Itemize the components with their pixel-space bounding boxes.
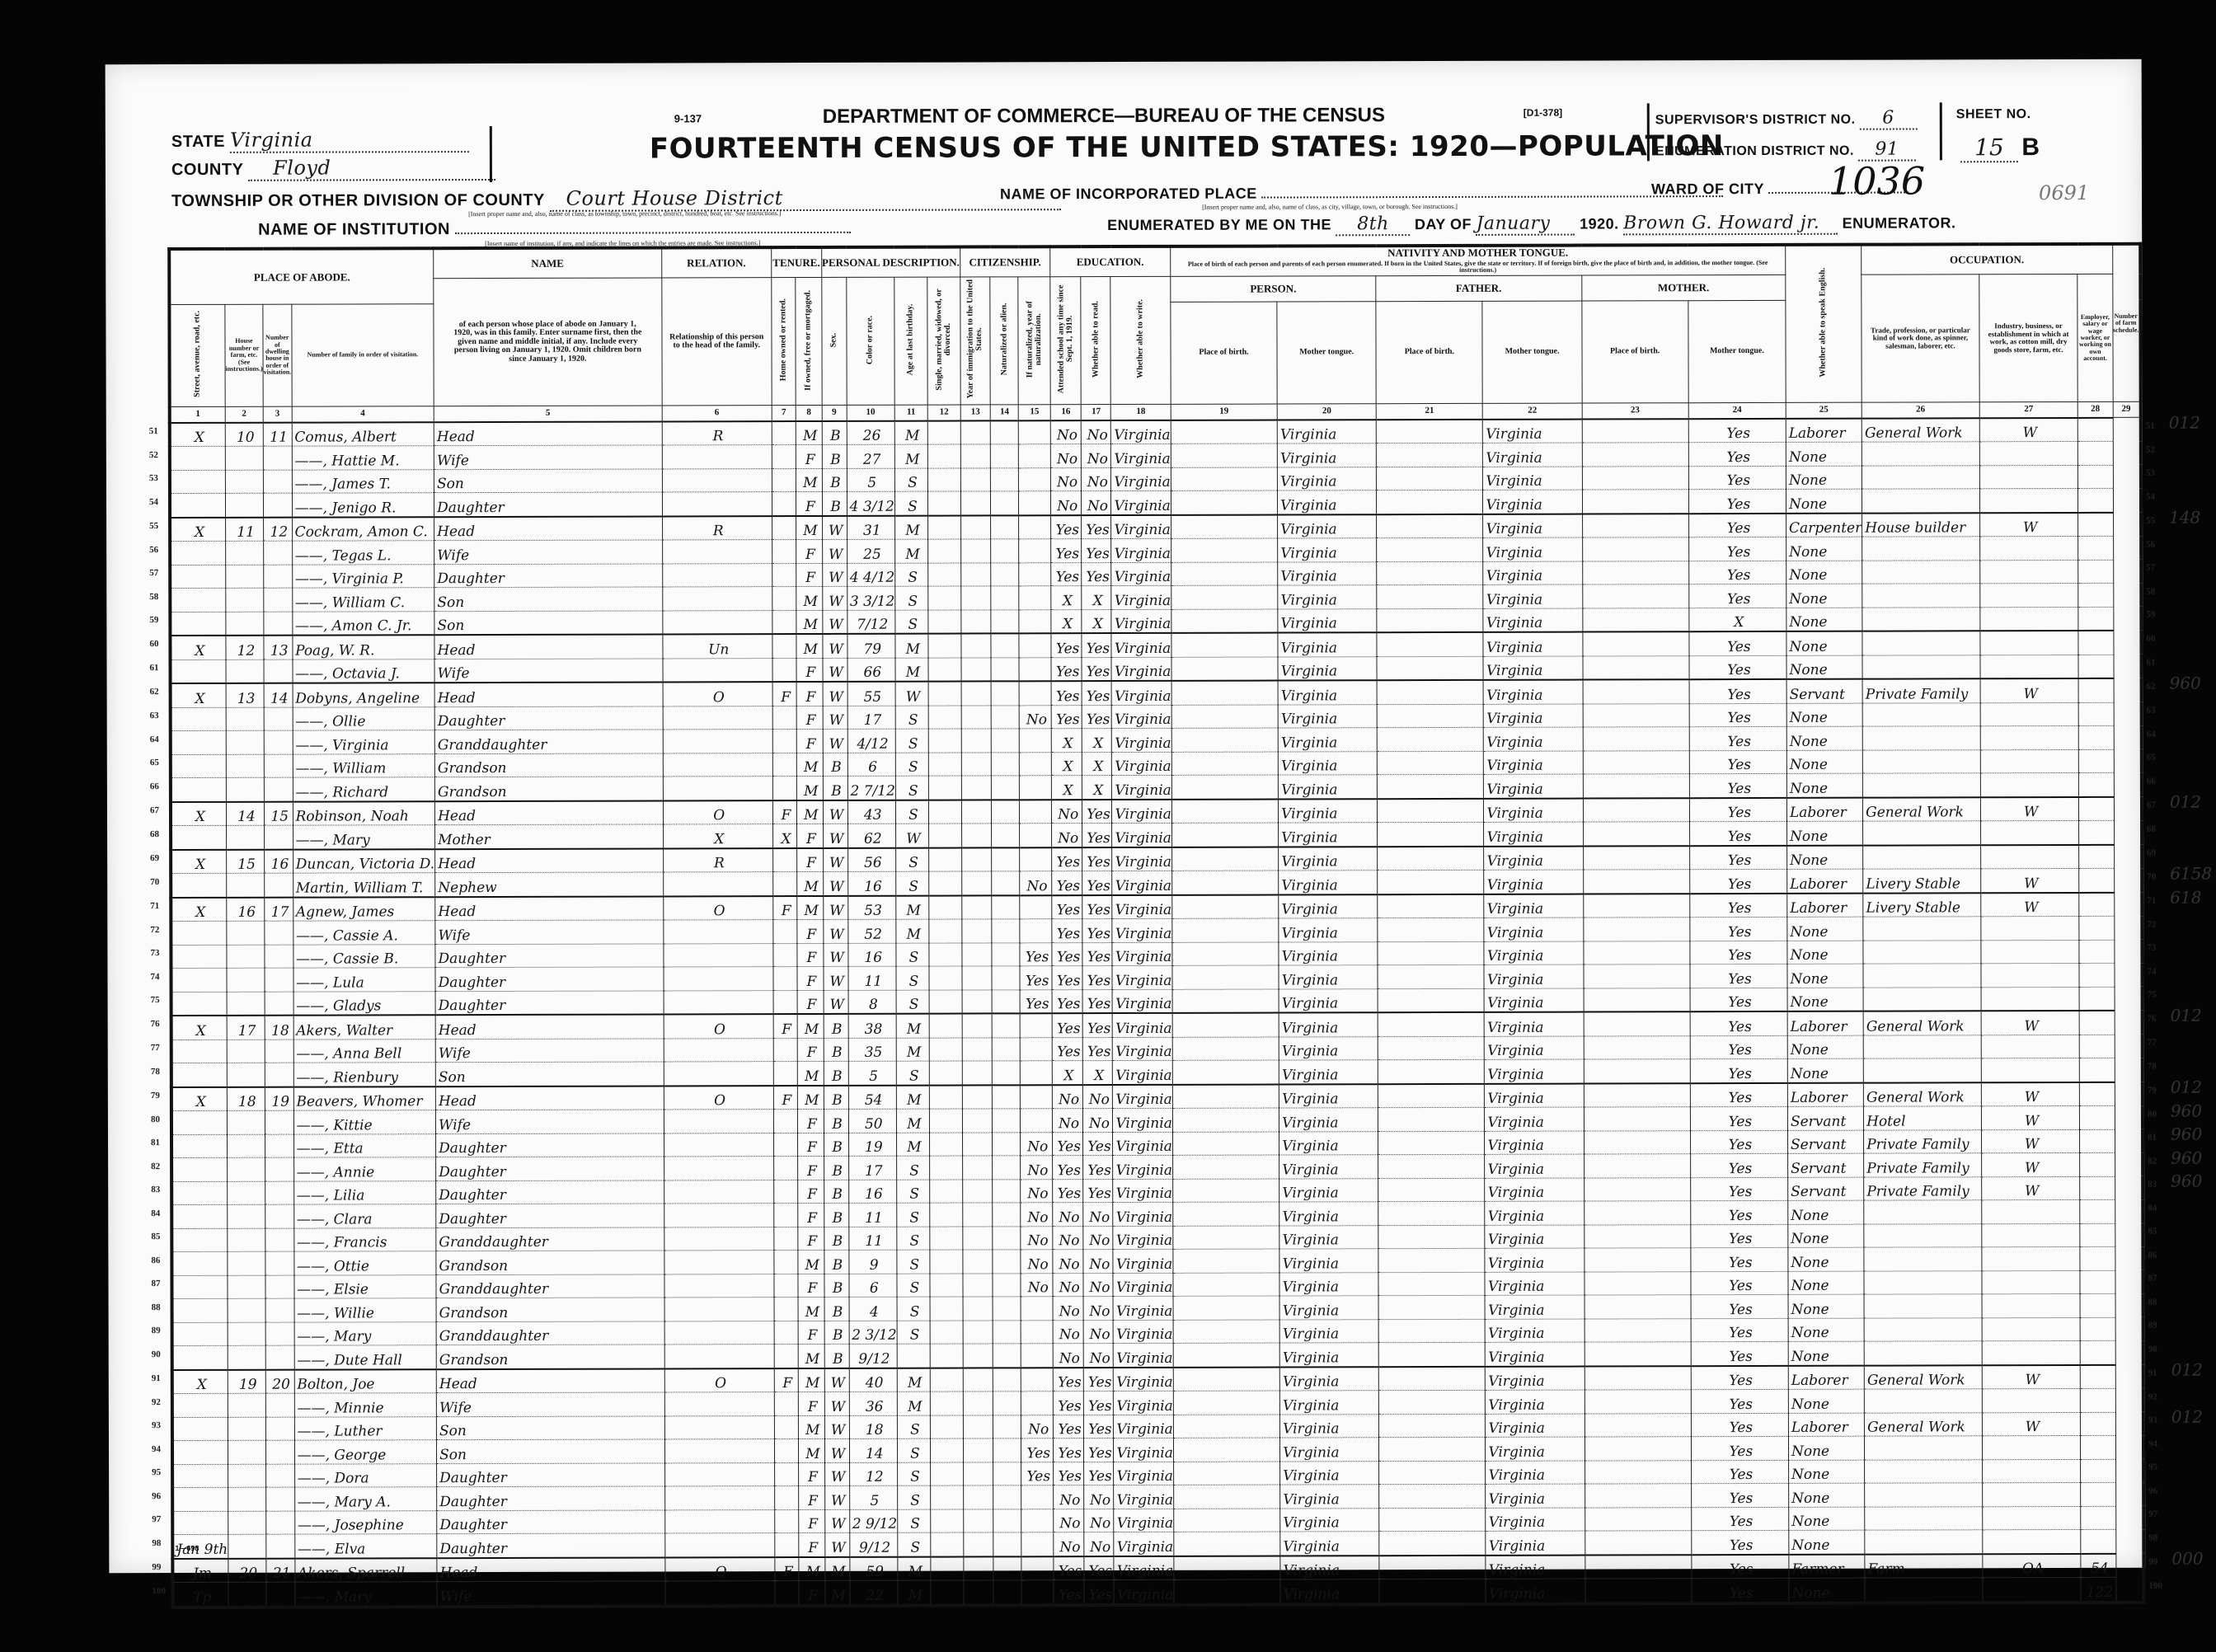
cell-trade: None	[1788, 1318, 1864, 1342]
cell-name: ——, Josephine	[294, 1511, 437, 1535]
cell-read: Yes	[1053, 1180, 1083, 1204]
cell-street	[170, 447, 225, 471]
cell-fpob: Virginia	[1278, 490, 1377, 514]
cell-age: 6	[849, 1274, 897, 1298]
cell-age: 52	[847, 920, 895, 944]
cell-nat	[964, 1556, 993, 1580]
cell-mtongue	[1584, 1012, 1690, 1036]
cell-class	[1981, 1058, 2080, 1082]
cell-family: 15	[264, 802, 293, 826]
cell-mpob: Virginia	[1484, 774, 1583, 798]
cell-trade: None	[1788, 1248, 1864, 1272]
cell-street	[171, 1134, 227, 1158]
cell-ptongue	[1173, 1367, 1279, 1391]
cell-name: ——, Elsie	[294, 1275, 437, 1299]
cell-owned	[664, 1510, 774, 1534]
cell-trade: None	[1786, 537, 1862, 561]
cell-mtongue	[1584, 1248, 1690, 1272]
state-value: Virginia	[230, 128, 469, 153]
cell-industry: General Work	[1865, 1413, 1983, 1437]
institution-value	[455, 232, 851, 234]
cell-school	[1019, 468, 1051, 492]
cell-trade: None	[1787, 1059, 1863, 1083]
cell-trade: None	[1787, 941, 1863, 964]
group-education: EDUCATION.	[1050, 246, 1171, 277]
line-number: 84	[151, 1208, 160, 1218]
cell-pob: Virginia	[1114, 1580, 1173, 1605]
cell-english: Yes	[1690, 1059, 1787, 1083]
line-number: 65	[150, 758, 159, 767]
supervisor-label: SUPERVISOR'S DISTRICT NO.	[1655, 113, 1856, 128]
cell-ptongue	[1171, 823, 1278, 847]
cell-name: ——, Virginia	[293, 730, 435, 754]
cell-mpob: Virginia	[1484, 751, 1583, 775]
cell-owned: R	[663, 848, 772, 872]
cell-ptongue	[1173, 1226, 1279, 1250]
cell-class: W	[1980, 893, 2079, 917]
cell-industry	[1865, 1578, 1983, 1603]
cell-school	[1021, 1344, 1054, 1368]
cell-natyr	[991, 658, 1019, 682]
cell-farm	[2080, 1223, 2115, 1247]
cell-nat	[961, 706, 991, 730]
cell-pob: Virginia	[1111, 467, 1171, 491]
cell-age: 5	[848, 1062, 896, 1086]
cell-read: No	[1050, 444, 1081, 468]
cell-age: 19	[848, 1133, 896, 1157]
occupation-code: 148	[2169, 508, 2200, 528]
cell-ptongue	[1171, 538, 1277, 562]
cell-marital: M	[896, 920, 929, 944]
cell-age: 25	[847, 540, 894, 564]
cell-sex: M	[797, 872, 824, 896]
line-number: 87	[151, 1279, 160, 1288]
cell-age: 66	[847, 658, 895, 682]
cell-relation: Head	[436, 1368, 664, 1393]
col-23-header: Place of birth.	[1581, 301, 1688, 403]
cell-owned	[664, 1251, 774, 1274]
cell-age: 6	[847, 753, 895, 777]
cell-house	[228, 1394, 265, 1418]
cell-fpob: Virginia	[1279, 1060, 1378, 1084]
cell-read: No	[1052, 1109, 1082, 1133]
line-number: 73	[2147, 943, 2156, 953]
cell-ptongue	[1173, 1273, 1279, 1297]
line-number: 60	[2146, 634, 2155, 644]
cell-school	[1019, 658, 1051, 682]
cell-house	[226, 826, 264, 850]
cell-marital: S	[898, 1462, 931, 1486]
cell-house	[227, 1111, 265, 1135]
cell-english: Yes	[1689, 798, 1786, 822]
cell-school	[1021, 1297, 1053, 1321]
cell-name: ——, William C.	[292, 588, 434, 612]
cell-marital: S	[897, 1439, 930, 1463]
cell-english: Yes	[1690, 964, 1787, 988]
cell-fpob: Virginia	[1279, 1084, 1378, 1108]
cell-mtongue	[1584, 1178, 1690, 1202]
cell-ptongue	[1171, 728, 1278, 752]
cell-relation: Head	[435, 800, 664, 825]
cell-class: W	[1982, 1365, 2081, 1389]
cell-english: Yes	[1688, 490, 1786, 514]
cell-trade: Servant	[1786, 679, 1862, 703]
cell-marital: S	[895, 777, 928, 800]
col-9-header: Sex.	[821, 278, 846, 406]
cell-english: Yes	[1692, 1555, 1789, 1579]
cell-nat	[964, 1509, 993, 1533]
cell-farm	[2078, 655, 2113, 678]
cell-street	[171, 1205, 227, 1229]
cell-fpob: Virginia	[1279, 871, 1378, 894]
cell-industry: Private Family	[1864, 1130, 1982, 1154]
cell-pob: Virginia	[1113, 1297, 1172, 1321]
cell-trade: Laborer	[1787, 870, 1863, 894]
cell-school	[1021, 1085, 1053, 1109]
cell-owned	[664, 1345, 774, 1368]
cell-owned	[664, 1439, 774, 1463]
cell-street	[172, 1417, 228, 1441]
cell-ftongue	[1379, 1414, 1486, 1438]
cell-imm	[930, 1321, 963, 1345]
cell-ftongue	[1378, 1296, 1485, 1320]
cell-mpob: Virginia	[1483, 632, 1582, 656]
cell-owned	[663, 872, 772, 896]
cell-relation: Wife	[436, 1392, 664, 1416]
line-number: 52	[2146, 445, 2155, 455]
group-person: PERSON.	[1171, 276, 1376, 302]
cell-sex: F	[797, 990, 824, 1014]
cell-english: Yes	[1690, 988, 1787, 1011]
cell-school	[1019, 634, 1051, 658]
cell-farm	[2080, 1082, 2115, 1106]
cell-mort	[772, 753, 796, 777]
supervisor-value: 6	[1859, 107, 1917, 129]
cell-imm	[931, 1556, 964, 1580]
enumerated-day: 8th	[1336, 214, 1410, 236]
cell-owned	[664, 1298, 774, 1321]
cell-pob: Virginia	[1114, 1462, 1173, 1485]
cell-house	[228, 1322, 265, 1346]
township-field: TOWNSHIP OR OTHER DIVISION OF COUNTY Cou…	[171, 185, 1061, 213]
cell-family	[264, 589, 293, 612]
line-number: 77	[2148, 1038, 2157, 1048]
cell-street	[171, 1252, 227, 1276]
cell-age: 55	[847, 682, 895, 706]
cell-race: B	[824, 1251, 849, 1274]
cell-nat	[961, 563, 991, 587]
cell-mpob: Virginia	[1485, 1178, 1584, 1202]
cell-marital: M	[896, 1038, 929, 1062]
cell-name: Agnew, James	[293, 897, 435, 921]
cell-age: 5	[847, 468, 894, 492]
cell-mtongue	[1582, 490, 1688, 514]
cell-race: M	[824, 1557, 849, 1581]
cell-class: OA	[1983, 1554, 2082, 1578]
cell-class: W	[1981, 1082, 2080, 1106]
cell-industry	[1862, 608, 1980, 631]
cell-family	[266, 1464, 295, 1488]
cell-farm	[2080, 1247, 2115, 1271]
cell-sex: F	[798, 1392, 824, 1416]
cell-ftongue	[1378, 941, 1484, 965]
cell-nat	[962, 990, 992, 1014]
cell-imm	[929, 1109, 962, 1133]
cell-family	[265, 1346, 294, 1370]
cell-imm	[929, 1014, 962, 1038]
cell-farm	[2080, 1153, 2115, 1177]
col-12-header: Single, married, widowed, or divorced.	[927, 277, 960, 405]
col-2-header: House number or farm, etc. (See instruct…	[225, 304, 263, 406]
cell-name: Dobyns, Angeline	[293, 683, 435, 707]
cell-fpob: Virginia	[1279, 965, 1378, 989]
cell-read: No	[1053, 1250, 1083, 1274]
cell-house	[226, 565, 264, 589]
line-number: 64	[2147, 730, 2156, 739]
cell-owned: O	[663, 800, 772, 824]
cell-school	[1020, 776, 1052, 800]
cell-mtongue	[1585, 1555, 1691, 1579]
cell-natyr	[993, 1580, 1021, 1605]
cell-english: Yes	[1690, 1177, 1787, 1201]
cell-write: No	[1083, 1085, 1113, 1109]
cell-pob: Virginia	[1111, 586, 1171, 610]
cell-write: No	[1083, 1226, 1113, 1250]
cell-owned	[664, 1416, 774, 1440]
cell-school: Yes	[1021, 1462, 1054, 1486]
cell-school	[1020, 895, 1052, 919]
cell-sex: F	[797, 848, 824, 872]
cell-name: ——, Amon C. Jr.	[292, 612, 434, 636]
cell-relation: Head	[435, 896, 664, 921]
cell-imm	[929, 871, 962, 895]
cell-mpob: Virginia	[1483, 561, 1582, 585]
cell-read: Yes	[1053, 1415, 1083, 1439]
cell-fpob: Virginia	[1279, 1013, 1378, 1037]
line-number: 92	[2148, 1392, 2157, 1402]
cell-nat	[960, 444, 990, 468]
cell-marital: S	[897, 1227, 930, 1251]
cell-class	[1981, 987, 2080, 1011]
cell-relation: Wife	[435, 920, 664, 944]
cell-farm	[2080, 1270, 2115, 1294]
cell-write: Yes	[1082, 966, 1112, 990]
cell-relation: Son	[436, 1416, 664, 1440]
cell-write: Yes	[1084, 1438, 1114, 1462]
cell-ptongue	[1171, 490, 1277, 514]
cell-mtongue	[1583, 798, 1689, 822]
cell-mtongue	[1584, 988, 1690, 1012]
cell-marital: M	[895, 634, 928, 658]
cell-nat	[961, 800, 991, 824]
cell-school	[1021, 1509, 1054, 1533]
cell-english: Yes	[1688, 514, 1786, 537]
cell-family	[265, 1417, 294, 1441]
cell-owned: X	[663, 824, 772, 848]
cell-farm	[2078, 631, 2113, 655]
cell-school	[1021, 1368, 1054, 1392]
cell-english: Yes	[1689, 870, 1786, 894]
column-number: 1	[170, 406, 225, 423]
cell-street	[172, 1441, 228, 1465]
cell-fpob: Virginia	[1278, 514, 1377, 538]
cell-natyr	[990, 444, 1018, 468]
cell-sex: F	[796, 706, 823, 730]
cell-family	[265, 874, 293, 898]
cell-age: 16	[848, 1180, 896, 1204]
cell-mpob: Virginia	[1483, 608, 1582, 632]
cell-read: Yes	[1052, 871, 1082, 895]
cell-industry	[1864, 1389, 1982, 1413]
cell-name: ——, Jenigo R.	[292, 493, 434, 517]
cell-name: ——, Mary	[293, 825, 435, 849]
cell-mtongue	[1585, 1295, 1691, 1319]
line-number: 88	[152, 1302, 161, 1312]
cell-fpob: Virginia	[1279, 942, 1378, 966]
cell-pob: Virginia	[1111, 539, 1171, 563]
cell-read: No	[1051, 800, 1082, 824]
cell-name: ——, Francis	[293, 1228, 436, 1252]
cell-read: X	[1051, 586, 1082, 610]
cell-imm	[930, 1203, 963, 1227]
cell-fpob: Virginia	[1279, 918, 1378, 942]
cell-owned	[663, 706, 772, 730]
cell-family	[263, 470, 292, 494]
cell-mpob: Virginia	[1485, 1272, 1584, 1296]
cell-trade: None	[1786, 774, 1862, 798]
col-28-header: Employer, salary or wage worker, or work…	[2077, 275, 2112, 402]
cell-family	[265, 1394, 294, 1418]
cell-natyr	[992, 1038, 1020, 1062]
sheet-label: SHEET NO.	[1956, 107, 2031, 122]
cell-owned	[662, 587, 772, 611]
cell-owned	[664, 1321, 774, 1345]
cell-race: W	[824, 967, 848, 991]
cell-sex: F	[798, 1204, 824, 1227]
line-number: 69	[2147, 848, 2156, 858]
cell-mort	[772, 730, 796, 753]
cell-industry	[1865, 1436, 1983, 1460]
group-occupation: OCCUPATION.	[1862, 244, 2112, 275]
cell-mort	[775, 1581, 799, 1606]
cell-relation: Wife	[435, 1039, 664, 1063]
cell-house	[226, 589, 264, 612]
cell-mpob: Virginia	[1486, 1366, 1585, 1390]
cell-mtongue	[1582, 632, 1688, 656]
cell-owned	[664, 967, 773, 991]
cell-ptongue	[1172, 1013, 1279, 1037]
cell-read: Yes	[1050, 515, 1081, 539]
cell-read: Yes	[1052, 1038, 1082, 1062]
cell-age: 62	[847, 824, 895, 848]
cell-natyr	[991, 563, 1019, 587]
cell-read: X	[1051, 776, 1082, 800]
cell-mtongue	[1584, 1131, 1690, 1155]
cell-fpob: Virginia	[1280, 1438, 1379, 1462]
cell-imm	[930, 1462, 963, 1486]
cell-street: X	[170, 636, 225, 659]
column-number: 21	[1376, 403, 1482, 420]
cell-farm	[2080, 1106, 2115, 1130]
cell-sex: F	[797, 920, 824, 944]
margin-occupation-codes: 0121489600126158618012012960960960960012…	[106, 59, 2142, 64]
cell-mpob: Virginia	[1485, 1131, 1584, 1155]
col-22-header: Mother tongue.	[1482, 301, 1581, 403]
cell-fpob: Virginia	[1280, 1532, 1379, 1556]
cell-write: X	[1083, 1061, 1113, 1085]
cell-relation: Wife	[434, 445, 662, 469]
cell-read: No	[1053, 1227, 1083, 1251]
cell-class	[1981, 1200, 2080, 1224]
cell-owned	[663, 920, 772, 944]
cell-owned	[662, 564, 772, 588]
cell-street	[170, 494, 225, 518]
cell-mort	[773, 1062, 797, 1086]
line-number: 68	[150, 829, 159, 839]
column-number: 7	[772, 405, 796, 421]
cell-trade: None	[1786, 466, 1862, 490]
cell-nat	[962, 919, 992, 943]
line-number: 95	[2148, 1462, 2157, 1472]
cell-english: Yes	[1688, 443, 1786, 467]
cell-english: Yes	[1689, 679, 1786, 703]
cell-read: No	[1053, 1274, 1083, 1298]
cell-read: Yes	[1052, 847, 1082, 871]
cell-relation: Head	[435, 848, 664, 873]
cell-street	[171, 922, 226, 946]
cell-mpob: Virginia	[1486, 1484, 1585, 1508]
cell-relation: Head	[435, 1015, 664, 1040]
line-number: 81	[2148, 1133, 2157, 1143]
cell-read: No	[1053, 1203, 1083, 1227]
cell-owned	[664, 1204, 773, 1227]
cell-write: X	[1082, 586, 1111, 610]
cell-english: Yes	[1690, 1107, 1787, 1131]
cell-school	[1019, 515, 1051, 539]
cell-fpob: Virginia	[1277, 420, 1376, 444]
cell-nat	[960, 420, 990, 444]
cell-pob: Virginia	[1111, 609, 1171, 633]
cell-mtongue	[1585, 1319, 1691, 1343]
county-label: COUNTY	[171, 161, 243, 179]
col-8-header: If owned, free or mortgaged.	[796, 278, 822, 406]
cell-marital: S	[896, 990, 929, 1014]
line-number: 84	[2148, 1204, 2157, 1213]
cell-sex: F	[796, 540, 823, 564]
cell-ptongue	[1172, 918, 1279, 942]
cell-family	[265, 1205, 294, 1229]
cell-read: Yes	[1052, 895, 1082, 919]
line-number: 74	[2147, 967, 2156, 977]
cell-class	[1980, 749, 2079, 773]
line-number: 71	[150, 901, 159, 911]
column-number: 4	[292, 406, 434, 423]
cell-mort	[773, 1133, 797, 1157]
cell-race: W	[822, 516, 847, 540]
col-1-header: Street, avenue, road, etc.	[169, 304, 225, 406]
cell-write: Yes	[1082, 539, 1111, 563]
cell-farm	[2079, 702, 2114, 726]
cell-farm	[2079, 821, 2114, 845]
cell-sex: M	[798, 1298, 824, 1321]
cell-house	[227, 922, 265, 946]
cell-street	[171, 945, 226, 969]
cell-relation: Granddaughter	[436, 1321, 664, 1345]
cell-write: Yes	[1082, 942, 1112, 966]
occupation-code: 6158	[2170, 864, 2212, 884]
cell-trade: Laborer	[1786, 419, 1862, 443]
line-number: 78	[2148, 1062, 2157, 1072]
